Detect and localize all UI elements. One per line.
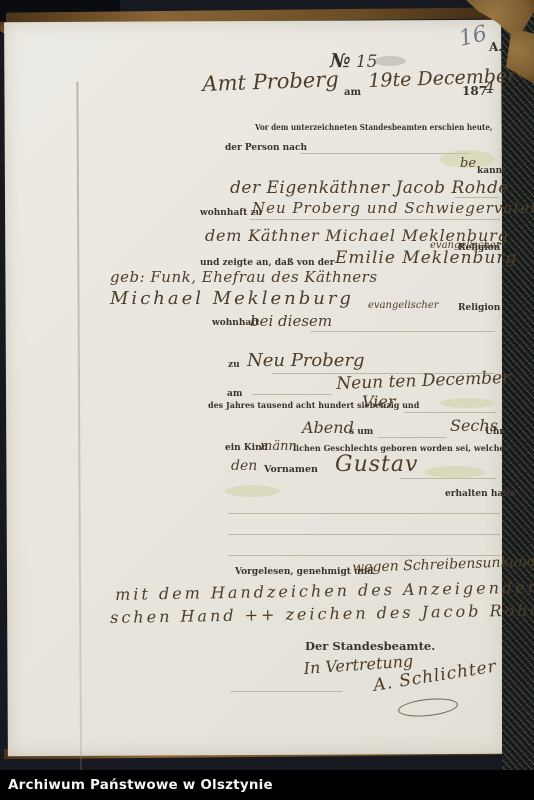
zu-label: zu: [228, 360, 240, 370]
birth-place: Neu Proberg: [247, 350, 365, 371]
am-label: am: [227, 389, 242, 399]
fill-rule: [378, 437, 446, 438]
hw-be: be: [460, 156, 476, 171]
green-smudge: [440, 398, 495, 408]
vornamen-label: Vornamen: [264, 464, 318, 475]
time-prefix-hw: Abend: [302, 418, 354, 437]
blank-rule: [230, 691, 342, 692]
mother-religion-hw: evangelischer: [368, 300, 439, 311]
fill-rule: [310, 331, 495, 332]
fill-rule: [250, 219, 500, 220]
mother-born-line: geb: Funk, Ehefrau des Käthners: [110, 268, 378, 286]
mother-religion-label: Religion: [458, 303, 500, 313]
fill-rule: [252, 394, 332, 395]
green-smudge: [425, 466, 485, 478]
page-gutter-crease: [76, 82, 82, 774]
fill-rule: [455, 197, 499, 198]
form-corner-letter: A.: [489, 40, 503, 54]
gender-hw: männ: [260, 439, 297, 454]
fill-rule: [400, 478, 496, 479]
zeigte-an-label: und zeigte an, daß von der: [200, 258, 335, 268]
fill-rule: [404, 412, 496, 413]
birth-year-hw: Vier: [362, 392, 396, 411]
declarant-name-line: der Eigenkäthner Jacob Rohde: [230, 178, 509, 198]
printed-am-label: am: [344, 87, 361, 98]
den-hw: den: [231, 458, 257, 474]
green-smudge: [225, 485, 280, 497]
book-cover-right: [502, 0, 534, 778]
blank-rule: [228, 513, 500, 514]
registrar-label: Der Standesbeamte.: [305, 639, 435, 653]
ink-smudge: [374, 56, 406, 66]
declarant-residence-1: Neu Proberg und Schwiegervater von: [252, 199, 534, 217]
hw-year-digit: 4: [484, 78, 495, 98]
mother-husband-name: Michael Meklenburg: [110, 288, 354, 309]
wohnhaft-bei-diesem: bei diesem: [250, 312, 332, 330]
s-um-label: s um: [349, 427, 373, 437]
archive-watermark-bar: Archiwum Państwowe w Olsztynie: [0, 770, 534, 800]
mother-name: Emilie Meklenburg: [335, 248, 517, 268]
printed-kannt: kannt: [477, 166, 506, 176]
blank-rule: [228, 534, 500, 535]
archive-watermark-text: Archiwum Państwowe w Olsztynie: [0, 777, 273, 793]
uhr-label: Uhr: [485, 427, 504, 437]
entry-office-place: Amt Proberg: [202, 67, 339, 96]
person-nach-label: der Person nach: [225, 143, 307, 153]
child-name: Gustav: [335, 452, 418, 477]
erhalten-habe-label: erhalten habe: [445, 489, 515, 499]
scanned-register-page: 16 A. № 15 Amt Proberg am 19te December …: [0, 0, 534, 800]
intro-line: Vor dem unterzeichneten Standesbeamten e…: [255, 123, 492, 133]
